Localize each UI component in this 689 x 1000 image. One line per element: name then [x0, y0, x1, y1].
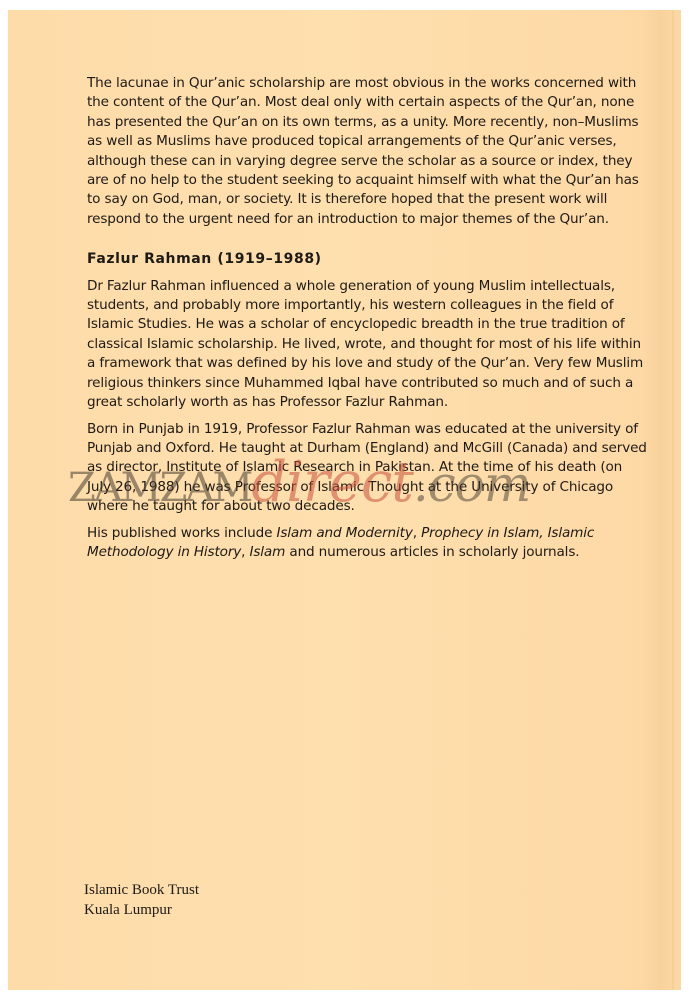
separator: , [413, 525, 421, 541]
work-title: Prophecy in Islam, [421, 525, 543, 541]
publisher-city: Kuala Lumpur [84, 900, 199, 920]
author-bio-paragraph-1: Dr Fazlur Rahman influenced a whole gene… [87, 277, 647, 413]
works-prefix: His published works include [87, 525, 277, 541]
work-title: Islam [250, 544, 286, 560]
published-works-paragraph: His published works include Islam and Mo… [87, 524, 647, 563]
author-bio-paragraph-2: Born in Punjab in 1919, Professor Fazlur… [87, 420, 647, 517]
author-heading: Fazlur Rahman (1919–1988) [87, 250, 647, 269]
blurb-text: The lacunae in Qur’anic scholarship are … [87, 74, 647, 569]
separator: , [241, 544, 249, 560]
publisher-name: Islamic Book Trust [84, 880, 199, 900]
edge-line [672, 10, 674, 990]
works-suffix: and numerous articles in scholarly journ… [285, 544, 579, 560]
work-title: Islam and Modernity [277, 525, 413, 541]
intro-paragraph: The lacunae in Qur’anic scholarship are … [87, 74, 647, 229]
publisher-imprint: Islamic Book Trust Kuala Lumpur [84, 880, 199, 920]
